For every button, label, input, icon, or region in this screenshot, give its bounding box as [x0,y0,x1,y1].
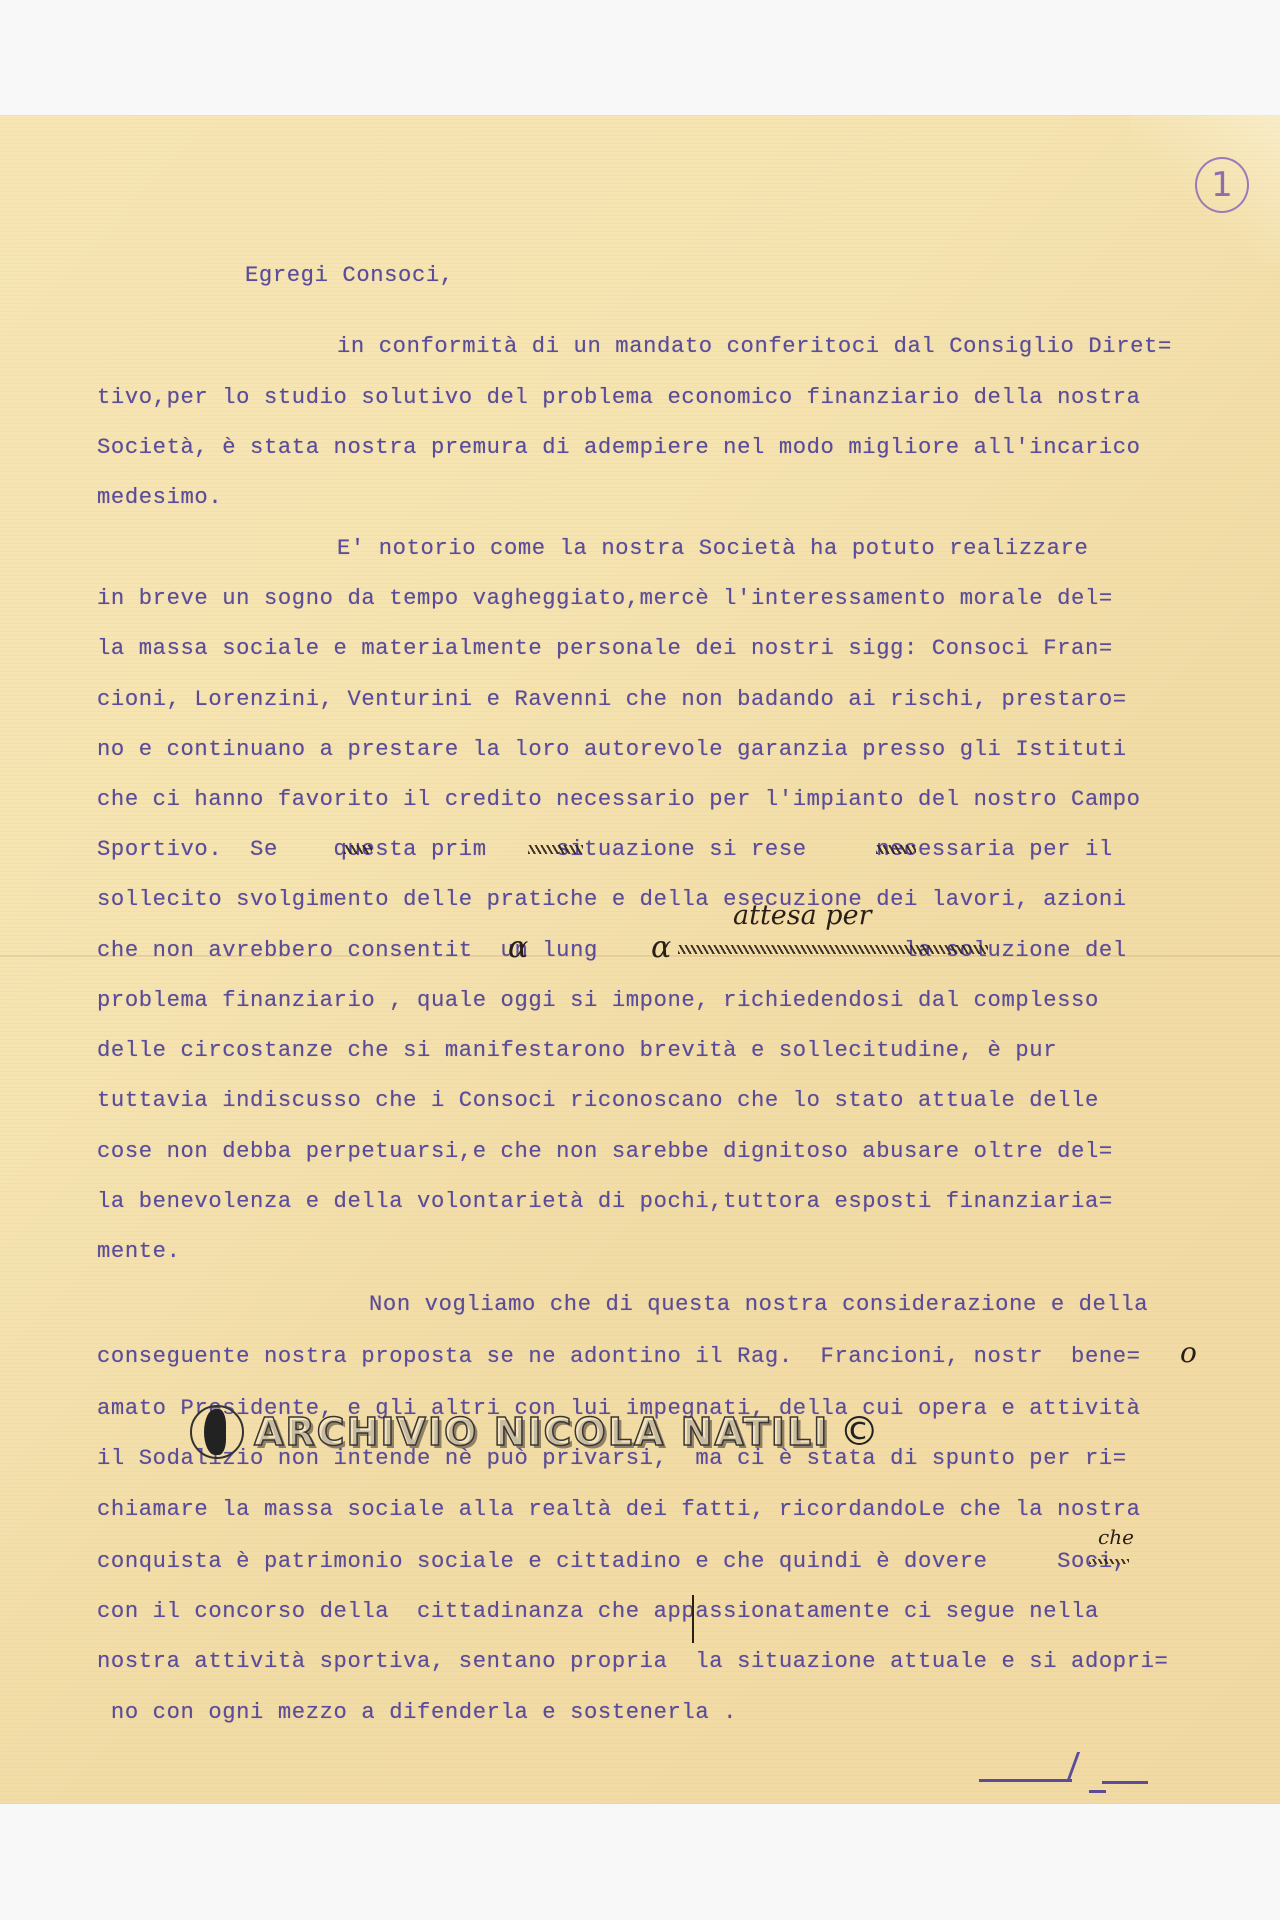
salutation: Egregi Consoci, [245,262,454,290]
page-number-stamp: 1 [1195,157,1249,213]
text-line: la benevolenza e della volontarietà di p… [97,1188,1113,1216]
text-line: E' notorio come la nostra Società ha pot… [337,535,1088,563]
signature-line [1089,1790,1106,1793]
text-line: Sportivo. Se questa prim situazione si r… [97,836,1113,864]
signature-line [979,1779,1072,1782]
watermark-text: ARCHIVIO NICOLA NATILI [254,1410,829,1454]
copyright-icon: © [839,1409,879,1455]
text-line: la massa sociale e materialmente persona… [97,635,1113,663]
strikethrough-mark [678,945,988,954]
strikethrough-mark [1089,1559,1129,1564]
text-line: cioni, Lorenzini, Venturini e Ravenni ch… [97,686,1127,714]
text-line: chiamare la massa sociale alla realtà de… [97,1496,1141,1524]
text-line: conseguente nostra proposta se ne adonti… [97,1343,1141,1371]
archive-logo-icon [190,1405,244,1459]
handwritten-insertion: attesa per [733,900,871,931]
text-line: no e continuano a prestare la loro autor… [97,736,1127,764]
handwritten-correction: α [508,930,528,965]
text-line: tivo,per lo studio solutivo del problema… [97,384,1141,412]
text-line: sollecito svolgimento delle pratiche e d… [97,886,1127,914]
text-line: cose non debba perpetuarsi,e che non sar… [97,1138,1113,1166]
text-line: conquista è patrimonio sociale e cittadi… [97,1548,1127,1576]
text-line: problema finanziario , quale oggi si imp… [97,987,1099,1015]
insertion-caret-mark [692,1595,694,1643]
text-line: nostra attività sportiva, sentano propri… [97,1648,1168,1676]
text-line: Non vogliamo che di questa nostra consid… [369,1291,1148,1319]
archive-watermark: ARCHIVIO NICOLA NATILI © [190,1405,879,1459]
text-line: no con ogni mezzo a difenderla e sostene… [97,1699,737,1727]
strikethrough-mark [344,845,372,854]
strikethrough-mark [528,845,583,854]
text-line: che ci hanno favorito il credito necessa… [97,786,1141,814]
text-line: in breve un sogno da tempo vagheggiato,m… [97,585,1113,613]
handwritten-insertion: che [1098,1525,1134,1549]
signature-line [1102,1781,1148,1784]
text-line: medesimo. [97,484,222,512]
handwritten-correction: α [651,930,671,965]
text-line: delle circostanze che si manifestarono b… [97,1037,1057,1065]
text-line: mente. [97,1238,181,1266]
text-line: in conformità di un mandato conferitoci … [337,333,1172,361]
text-line: Società, è stata nostra premura di ademp… [97,434,1141,462]
text-line: tuttavia indiscusso che i Consoci ricono… [97,1087,1099,1115]
handwritten-correction: o [1180,1336,1197,1369]
text-line: con il concorso della cittadinanza che a… [97,1598,1099,1626]
strikethrough-mark [876,845,916,854]
